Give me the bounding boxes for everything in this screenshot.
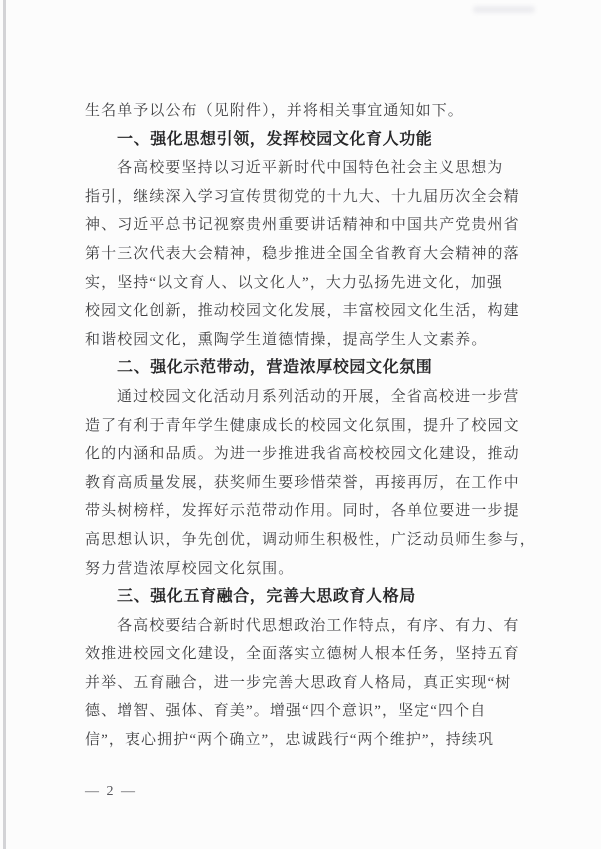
document-line: 德、增智、强体、育美”。增强“四个意识”，坚定“四个自 [85, 697, 525, 726]
document-line: 通过校园文化活动月系列活动的开展，全省高校进一步营 [85, 383, 525, 412]
document-line: 第十三次代表大会精神，稳步推进全国全省教育大会精神的落 [85, 240, 525, 269]
document-line: 和谐校园文化，熏陶学生道德情操，提高学生人文素养。 [85, 326, 525, 355]
document-line: 并举、五育融合，进一步完善大思政育人格局，真正实现“树 [85, 669, 525, 698]
document-line: 教育高质量发展，获奖师生要珍惜荣誉，再接再厉，在工作中 [85, 469, 525, 498]
document-line: 实，坚持“以文育人、以文化人”，大力弘扬先进文化，加强 [85, 269, 525, 298]
document-line: 神、习近平总书记视察贵州重要讲话精神和中国共产党贵州省 [85, 211, 525, 240]
document-line: 造了有利于青年学生健康成长的校园文化氛围，提升了校园文 [85, 412, 525, 441]
page-number: — 2 — [85, 782, 137, 802]
section-heading: 一、强化思想引领，发挥校园文化育人功能 [85, 126, 525, 155]
document-line: 指引，继续深入学习宣传贯彻党的十九大、十九届历次全会精 [85, 183, 525, 212]
document-line: 各高校要坚持以习近平新时代中国特色社会主义思想为 [85, 154, 525, 183]
scan-artifact-smudge [473, 6, 535, 13]
section-heading: 二、强化示范带动，营造浓厚校园文化氛围 [85, 354, 525, 383]
document-line: 效推进校园文化建设，全面落实立德树人根本任务，坚持五育 [85, 640, 525, 669]
scan-edge-line [3, 0, 6, 849]
document-line: 生名单予以公布（见附件），并将相关事宜通知如下。 [85, 97, 525, 126]
section-heading: 三、强化五育融合，完善大思政育人格局 [85, 583, 525, 612]
document-line: 带头树榜样，发挥好示范带动作用。同时，各单位要进一步提 [85, 497, 525, 526]
document-page: 生名单予以公布（见附件），并将相关事宜通知如下。一、强化思想引领，发挥校园文化育… [0, 0, 601, 849]
document-line: 各高校要结合新时代思想政治工作特点，有序、有力、有 [85, 612, 525, 641]
document-content: 生名单予以公布（见附件），并将相关事宜通知如下。一、强化思想引领，发挥校园文化育… [85, 97, 525, 755]
document-line: 信”，衷心拥护“两个确立”，忠诚践行“两个维护”，持续巩 [85, 726, 525, 755]
document-line: 化的内涵和品质。为进一步推进我省高校校园文化建设，推动 [85, 440, 525, 469]
document-line: 努力营造浓厚校园文化氛围。 [85, 555, 525, 584]
document-line: 高思想认识，争先创优，调动师生积极性，广泛动员师生参与， [85, 526, 525, 555]
document-line: 校园文化创新，推动校园文化发展，丰富校园文化生活，构建 [85, 297, 525, 326]
